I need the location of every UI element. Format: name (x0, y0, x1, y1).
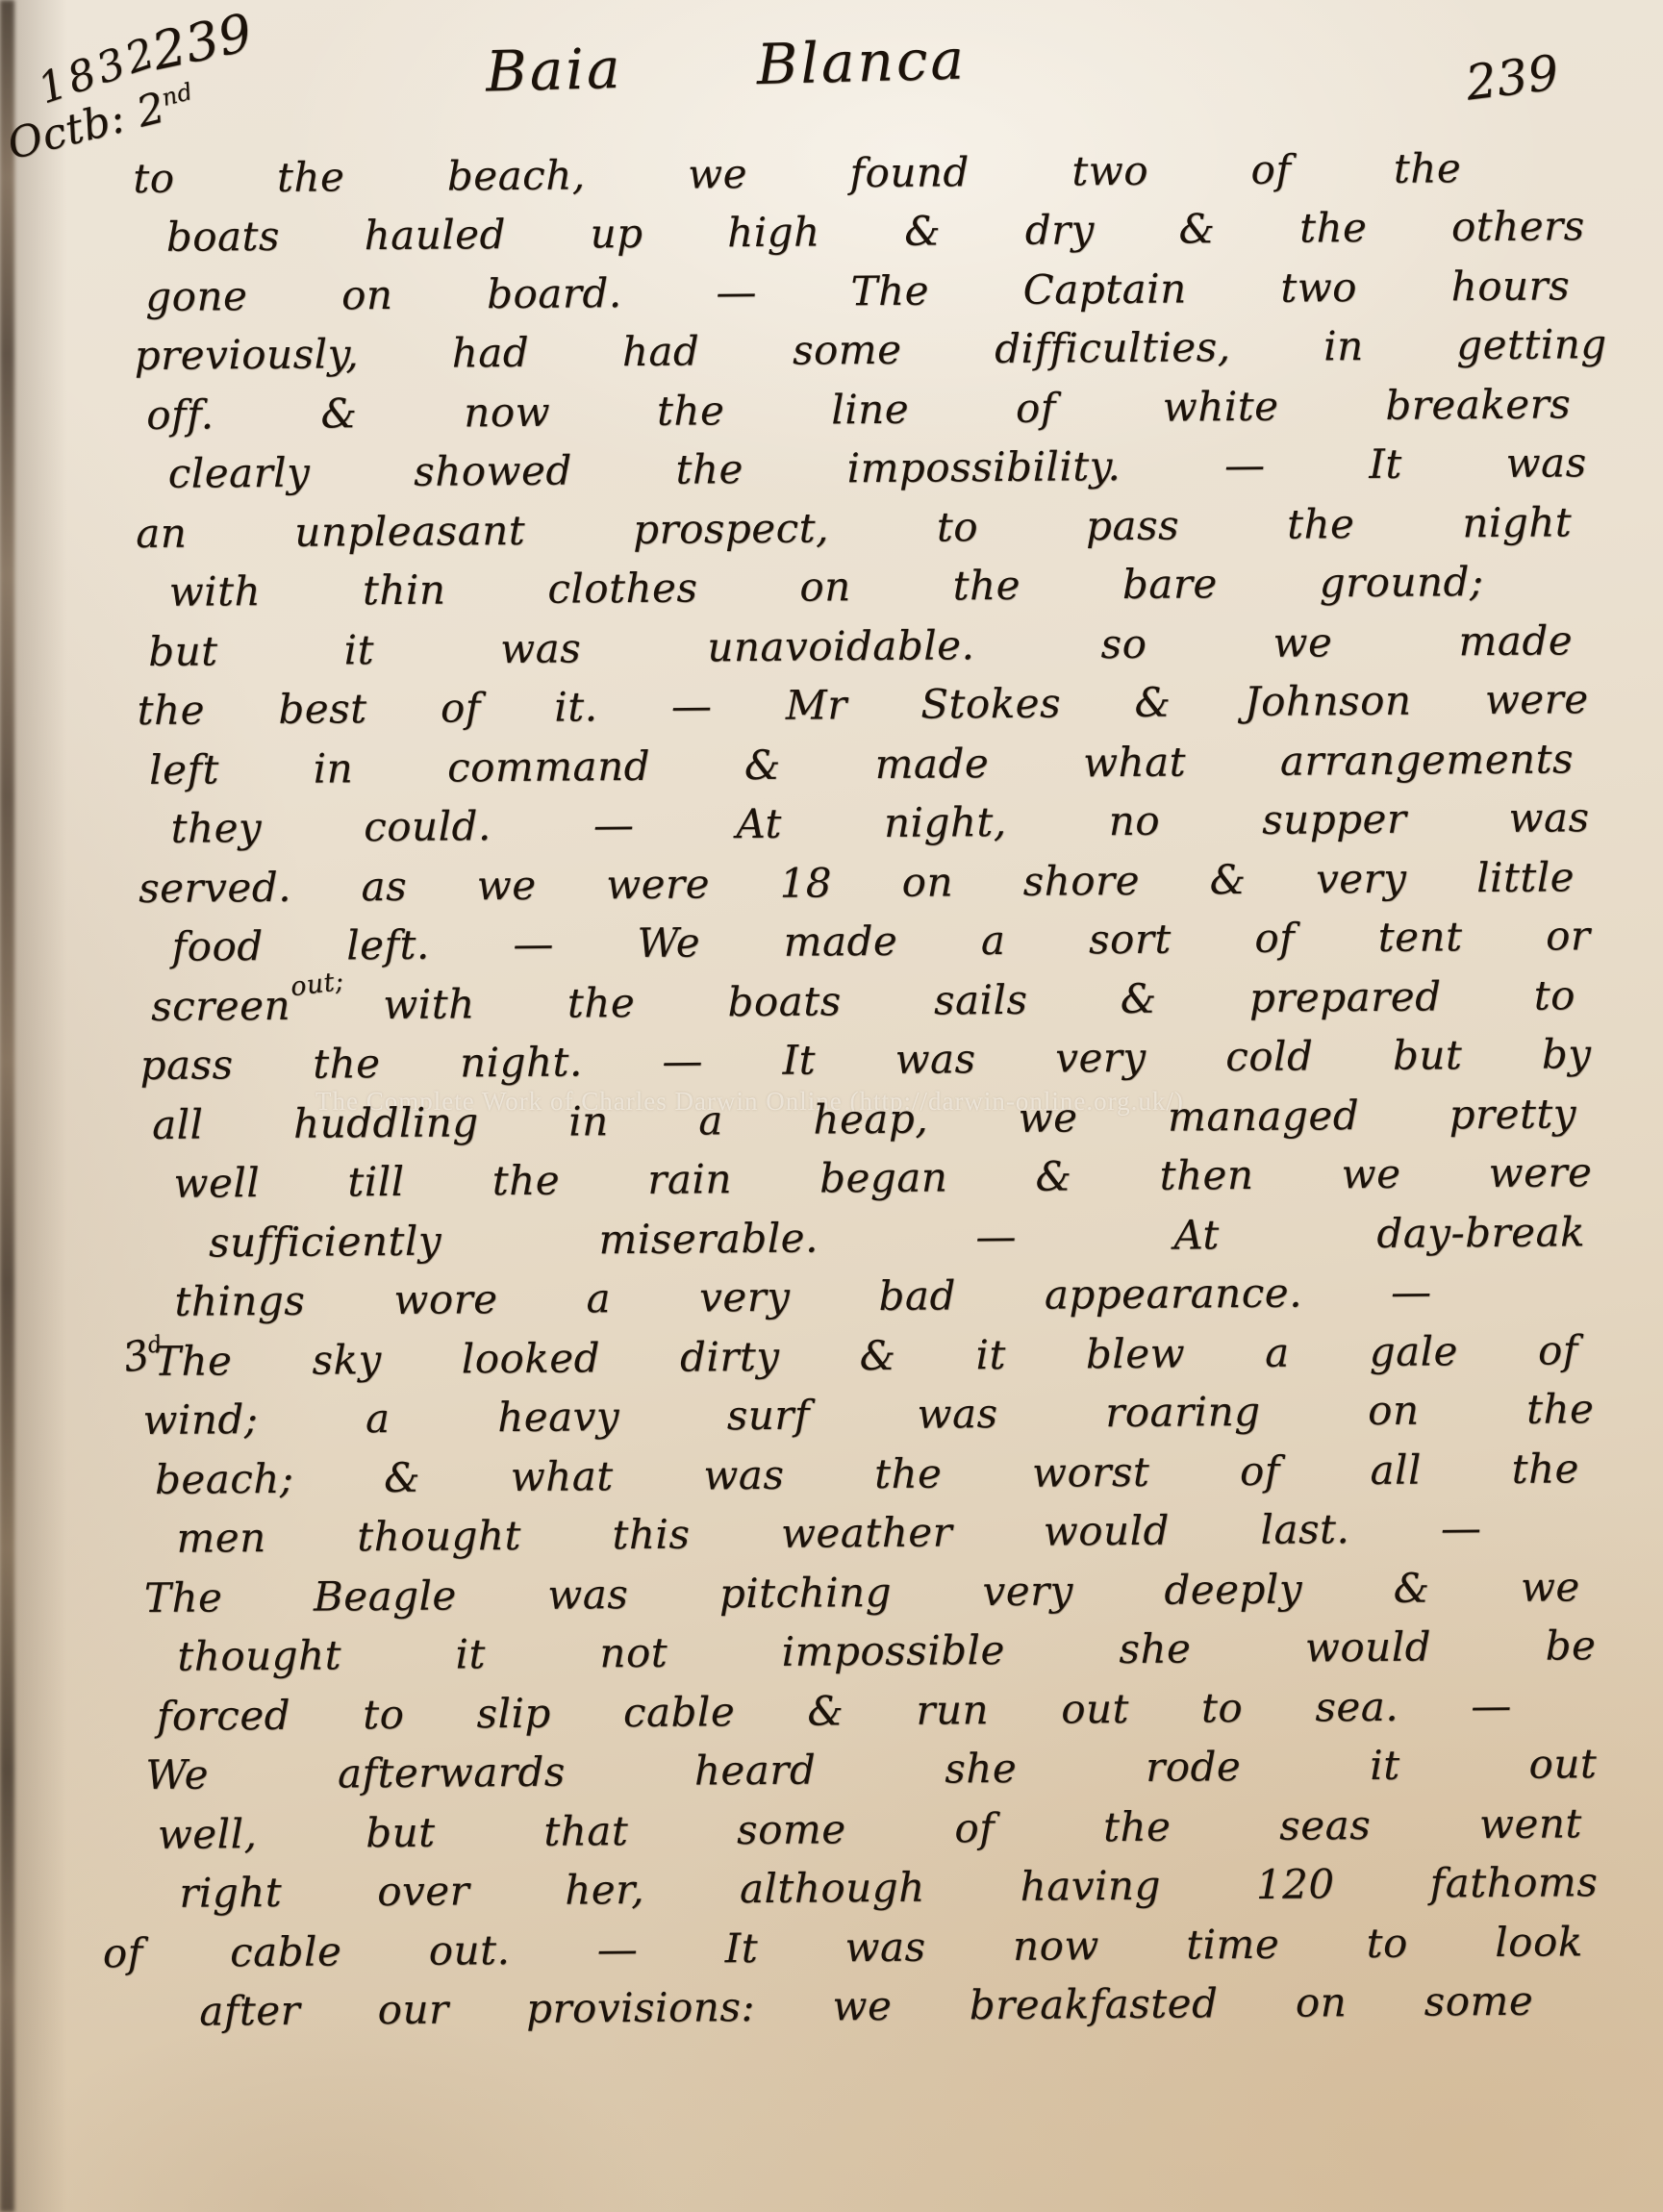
word: to (133, 158, 175, 198)
word: supper (1262, 799, 1407, 841)
word: was (500, 628, 581, 669)
word: Mr (786, 685, 847, 726)
word: — (975, 1216, 1017, 1256)
word: after (199, 1991, 300, 2032)
word: up (590, 214, 643, 254)
word: out. (429, 1930, 511, 1972)
word: was (1508, 797, 1589, 839)
word: dirty (680, 1336, 780, 1377)
word: right (179, 1873, 282, 1914)
word: The (850, 270, 929, 312)
word: we (1341, 1154, 1400, 1194)
word: the (1511, 1448, 1579, 1490)
word: — (1224, 445, 1266, 486)
word: on (1296, 1982, 1348, 2023)
word: pretty (1449, 1093, 1577, 1135)
word: in (1323, 326, 1364, 366)
word: we (477, 865, 537, 905)
word: we (1018, 1097, 1077, 1138)
word: they (170, 808, 262, 849)
word: 18 (779, 863, 832, 903)
word: thought (357, 1516, 521, 1557)
word: on (901, 862, 953, 902)
word: what (511, 1456, 614, 1497)
word: We (145, 1754, 209, 1796)
word: dry (1025, 210, 1096, 251)
word: in (314, 748, 354, 789)
word: Johnson (1245, 681, 1412, 722)
word: would (1305, 1627, 1431, 1669)
word: the (1526, 1389, 1595, 1430)
word: the (1287, 504, 1355, 545)
word: the (1299, 208, 1368, 249)
word: on (341, 274, 393, 314)
word: white (1163, 386, 1279, 427)
word: we (1272, 622, 1332, 663)
word: an (136, 513, 187, 553)
word: day-break (1376, 1212, 1585, 1254)
word: men (176, 1518, 266, 1559)
word: it. (554, 687, 598, 727)
word: & (320, 393, 357, 434)
word: pitching (719, 1571, 892, 1613)
word: our (378, 1990, 449, 2031)
word: We (637, 922, 700, 964)
word: over (377, 1871, 469, 1912)
word: prepared (1249, 976, 1442, 1018)
word: command (447, 745, 650, 788)
word: made (1458, 620, 1573, 662)
word: some (1424, 1981, 1534, 2023)
word: getting (1456, 324, 1607, 365)
word: all (152, 1104, 204, 1144)
word: appearance. (1045, 1273, 1302, 1316)
word: her, (565, 1870, 644, 1911)
manuscript-photo: 239 1832 Octb: 2nd Baia Blanca 239 The C… (0, 0, 1663, 2212)
word: out (1528, 1744, 1597, 1785)
word: we (688, 154, 747, 194)
word: surf (727, 1395, 811, 1437)
word: ground; (1320, 562, 1484, 603)
word: & (1393, 1568, 1429, 1608)
word: heard (694, 1750, 817, 1792)
word: a (981, 920, 1006, 961)
word: 120 (1256, 1864, 1335, 1905)
word: was (917, 1394, 997, 1435)
word: & (1121, 978, 1157, 1018)
word: impossible (782, 1630, 1005, 1672)
word: some (793, 330, 902, 371)
word: pass (139, 1044, 233, 1086)
word: — (1441, 1508, 1482, 1548)
word: of (954, 1808, 995, 1848)
word: of (1016, 388, 1056, 428)
word: now (1013, 1925, 1099, 1967)
word: sea. (1315, 1686, 1398, 1727)
word: she (945, 1748, 1017, 1790)
word: forced (157, 1695, 290, 1736)
word: time (1186, 1923, 1279, 1965)
word: high (727, 212, 820, 253)
word: weather (781, 1512, 953, 1553)
word: Beagle (314, 1575, 457, 1617)
folio-number-top-right: 239 (1463, 44, 1562, 111)
word: & (904, 211, 941, 251)
word: little (1476, 857, 1575, 898)
word: to (1366, 1923, 1408, 1963)
word: thought (177, 1635, 341, 1676)
word: well, (158, 1814, 258, 1855)
word: At (736, 804, 782, 844)
word: afterwards (338, 1752, 566, 1795)
word: & (1134, 683, 1171, 723)
word: cable (230, 1931, 342, 1973)
word: sufficiently (209, 1220, 441, 1263)
word: a (365, 1398, 391, 1439)
word: with (383, 984, 475, 1025)
word: Captain (1023, 268, 1187, 310)
word: on (1368, 1391, 1420, 1431)
word: tent (1378, 917, 1463, 958)
word: by (1542, 1034, 1592, 1074)
word: rode (1146, 1747, 1241, 1788)
word: beach, (447, 155, 586, 196)
word: & (859, 1335, 895, 1375)
word: to (1534, 975, 1576, 1016)
word: was (894, 1039, 975, 1080)
word: of (1250, 149, 1291, 189)
word: — (597, 1928, 639, 1969)
word: a (698, 1100, 723, 1141)
word: so (1100, 623, 1146, 664)
word: the (567, 982, 636, 1023)
word: difficulties, (995, 327, 1231, 369)
word: boats (166, 216, 280, 258)
word: — (716, 271, 757, 312)
word: the (953, 566, 1021, 607)
word: cold (1225, 1036, 1313, 1077)
word: It (725, 1928, 759, 1969)
manuscript-line: leftincommand&madewhatarrangements (5, 719, 1663, 792)
manuscript-line: wind;aheavysurfwasroaringonthe (10, 1370, 1663, 1442)
word: found (849, 152, 970, 193)
word: board. (487, 273, 622, 314)
word: left (149, 749, 219, 791)
word: beach; (155, 1458, 294, 1499)
word: very (699, 1277, 791, 1319)
word: to (363, 1694, 405, 1734)
word: the (138, 690, 206, 731)
word: of (1538, 1330, 1578, 1370)
word: very (982, 1571, 1073, 1612)
word: could. (364, 806, 491, 847)
word: others (1451, 206, 1585, 247)
manuscript-line: tothebeach,wefoundtwoofthe (0, 128, 1663, 200)
word: showed (414, 450, 572, 491)
word: unpleasant (294, 510, 525, 552)
word: that (543, 1811, 628, 1852)
word: huddling (293, 1102, 479, 1144)
word: miserable. (598, 1218, 819, 1260)
manuscript-lines: tothebeach,wefoundtwooftheboatshauleduph… (0, 128, 1663, 2034)
word: the (657, 390, 725, 432)
word: hauled (364, 214, 506, 256)
word: what (1083, 742, 1186, 783)
word: or (1546, 916, 1591, 956)
word: fathoms (1429, 1862, 1598, 1903)
word: the (874, 1453, 943, 1495)
word: the (675, 449, 743, 490)
word: the (313, 1043, 381, 1085)
word: The (144, 1577, 223, 1619)
margin-day-note: 3d (119, 1327, 168, 1381)
word: slip (476, 1693, 551, 1734)
word: bare (1122, 564, 1218, 605)
word: the (1103, 1806, 1172, 1848)
word: would (1044, 1511, 1170, 1552)
word: breakers (1385, 384, 1571, 426)
word: on (799, 566, 851, 607)
word: a (586, 1278, 611, 1319)
word: all (1370, 1449, 1422, 1490)
word: It (782, 1041, 816, 1081)
word: clothes (547, 567, 697, 609)
word: & (1035, 1156, 1071, 1196)
word: was (1505, 442, 1586, 484)
word: unavoidable. (707, 625, 974, 667)
word: well (173, 1163, 260, 1204)
word: run (916, 1690, 989, 1731)
word: very (1055, 1038, 1146, 1079)
word: breakfasted (970, 1983, 1219, 2025)
word: — (662, 1041, 703, 1081)
word: provisions: (526, 1987, 755, 2029)
word: prospect, (633, 508, 829, 550)
word: heap, (813, 1098, 928, 1140)
word: looked (462, 1338, 601, 1379)
word: no (1109, 801, 1161, 842)
word: out (1061, 1688, 1129, 1729)
word: began (819, 1157, 948, 1198)
word: sails (934, 979, 1028, 1020)
word: although (740, 1868, 925, 1910)
word: arrangements (1280, 739, 1575, 781)
word: deeply (1164, 1569, 1302, 1610)
manuscript-line: thoughtitnotimpossibleshewouldbe (12, 1606, 1663, 1678)
word: was (844, 1926, 925, 1968)
word: of (1254, 918, 1295, 959)
word: best (278, 689, 367, 730)
word: it (975, 1334, 1006, 1374)
word: & (384, 1457, 420, 1497)
word: blew (1086, 1333, 1185, 1374)
margin-date-superscript: nd (159, 78, 195, 112)
word: very (1316, 858, 1407, 899)
word: thin (363, 570, 446, 612)
word: but (148, 631, 218, 672)
word: At (1173, 1215, 1220, 1255)
word: served. (139, 867, 291, 908)
word: of (1240, 1450, 1280, 1491)
word: were (1489, 1152, 1593, 1194)
word: line (831, 389, 909, 430)
word: managed (1168, 1095, 1359, 1138)
word: & (1209, 859, 1246, 899)
word: to (937, 507, 979, 547)
word: the (277, 157, 345, 198)
word: she (1119, 1628, 1191, 1670)
word: to (1201, 1688, 1244, 1728)
word: rain (647, 1159, 732, 1200)
word: of (441, 688, 481, 728)
folio-number-top-left: 239 (147, 2, 258, 82)
word: impossibility. (846, 446, 1121, 489)
word: the (1394, 148, 1462, 189)
word: pass (1086, 505, 1179, 546)
word: & (1178, 209, 1215, 249)
word: — (671, 686, 713, 726)
manuscript-line: withthinclothesonthebareground; (3, 541, 1663, 614)
word: hours (1450, 265, 1570, 307)
word: — (513, 924, 554, 965)
word: last. (1260, 1509, 1349, 1550)
word: in (568, 1101, 609, 1142)
word: now (464, 391, 550, 433)
word: but (365, 1812, 436, 1853)
word: heavy (497, 1396, 619, 1438)
word: cable (623, 1692, 736, 1733)
word: — (593, 805, 635, 845)
word: made (784, 921, 898, 963)
word: then (1159, 1155, 1253, 1196)
word: we (832, 1986, 892, 2026)
word: — (1391, 1271, 1432, 1312)
word: having (1020, 1866, 1162, 1907)
word: — (1471, 1685, 1512, 1725)
word: some (737, 1809, 846, 1850)
word: previously, (135, 334, 360, 376)
word: boats (727, 981, 841, 1022)
word: with (169, 571, 262, 613)
word: went (1479, 1803, 1582, 1845)
word: had (622, 331, 700, 372)
word: shore (1022, 860, 1140, 901)
word: & (807, 1691, 844, 1731)
word: bad (878, 1275, 956, 1317)
word: the (492, 1161, 561, 1202)
word: it (1370, 1746, 1400, 1786)
word: made (874, 743, 989, 785)
word: look (1495, 1922, 1583, 1963)
word: worst (1032, 1451, 1150, 1493)
word: things (174, 1281, 305, 1322)
word: of (103, 1933, 143, 1973)
word: were (1485, 679, 1589, 720)
word: left. (346, 925, 430, 967)
word: wind; (142, 1399, 258, 1441)
word: had (452, 333, 530, 374)
word: screen (151, 985, 290, 1026)
word: sort (1089, 919, 1172, 961)
word: roaring (1105, 1392, 1261, 1433)
word: were (606, 864, 710, 905)
word: gale (1370, 1331, 1459, 1372)
word: two (1071, 150, 1148, 191)
word: but (1393, 1035, 1463, 1076)
word: not (599, 1633, 668, 1674)
word: clearly (168, 453, 311, 494)
word: was (703, 1454, 784, 1496)
word: two (1280, 267, 1357, 309)
word: be (1545, 1625, 1596, 1666)
word: food (171, 926, 263, 968)
word: & (744, 744, 781, 785)
word: this (612, 1515, 690, 1556)
page-title: Baia Blanca (485, 26, 968, 104)
word: sky (312, 1340, 382, 1381)
word: we (1521, 1567, 1580, 1607)
word: wore (393, 1279, 497, 1320)
word: it (455, 1634, 486, 1674)
word: till (347, 1162, 405, 1202)
word: night (1462, 502, 1572, 543)
word: was (547, 1574, 628, 1616)
word: as (361, 866, 407, 906)
word: Stokes (920, 684, 1061, 725)
word: it (344, 630, 375, 670)
word: night. (460, 1042, 583, 1083)
word: gone (145, 276, 247, 317)
word: a (1265, 1332, 1290, 1372)
word: off. (146, 394, 214, 436)
word: It (1369, 444, 1402, 485)
word: seas (1279, 1805, 1371, 1847)
word: night, (884, 802, 1007, 843)
